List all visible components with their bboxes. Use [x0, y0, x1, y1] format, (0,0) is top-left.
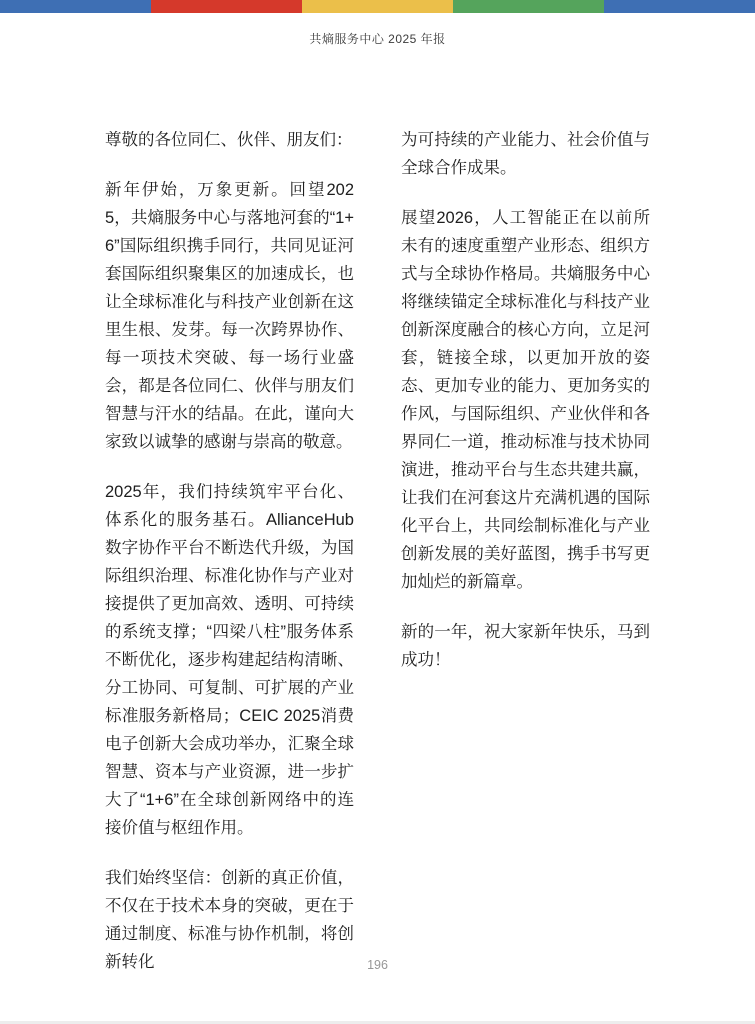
bar-segment-blue-1: [0, 0, 151, 13]
running-header-title: 共熵服务中心 2025 年报: [0, 30, 755, 47]
header-color-bar: [0, 0, 755, 13]
bar-segment-green: [453, 0, 604, 13]
report-page: 共熵服务中心 2025 年报 尊敬的各位同仁、伙伴、朋友们： 新年伊始，万象更新…: [0, 0, 755, 1024]
page-number: 196: [0, 958, 755, 972]
bar-segment-blue-2: [604, 0, 755, 13]
body-paragraph: 展望2026，人工智能正在以前所未有的速度重塑产业形态、组织方式与全球协作格局。…: [401, 204, 650, 596]
body-paragraph: 为可持续的产业能力、社会价值与全球合作成果。: [401, 126, 650, 182]
salutation-paragraph: 尊敬的各位同仁、伙伴、朋友们：: [105, 126, 354, 154]
body-paragraph: 新年伊始，万象更新。回望2025，共熵服务中心与落地河套的“1+6”国际组织携手…: [105, 176, 354, 456]
two-column-body: 尊敬的各位同仁、伙伴、朋友们： 新年伊始，万象更新。回望2025，共熵服务中心与…: [105, 126, 650, 998]
closing-wish-paragraph: 新的一年，祝大家新年快乐，马到成功！: [401, 618, 650, 674]
body-paragraph: 2025年，我们持续筑牢平台化、体系化的服务基石。AllianceHub数字协作…: [105, 478, 354, 842]
left-column: 尊敬的各位同仁、伙伴、朋友们： 新年伊始，万象更新。回望2025，共熵服务中心与…: [105, 126, 354, 998]
bar-segment-red: [151, 0, 302, 13]
bar-segment-yellow: [302, 0, 453, 13]
right-column: 为可持续的产业能力、社会价值与全球合作成果。 展望2026，人工智能正在以前所未…: [401, 126, 650, 998]
